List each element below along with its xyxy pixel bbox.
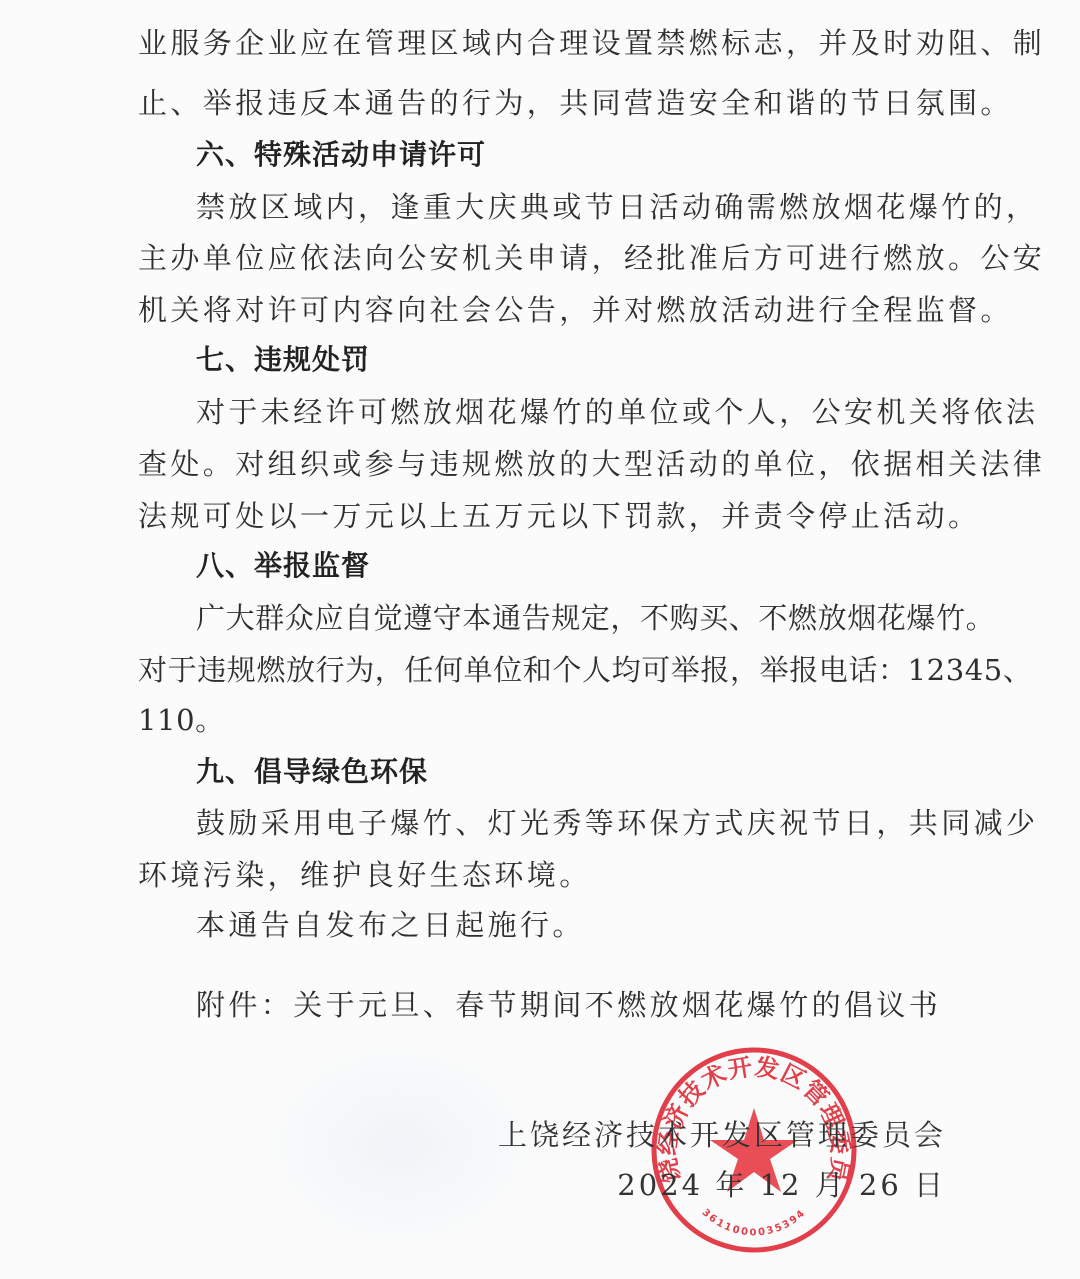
paragraph-line: 查处。对组织或参与违规燃放的大型活动的单位，依据相关法律 bbox=[138, 444, 948, 484]
section-heading-9: 九、倡导绿色环保 bbox=[196, 752, 428, 792]
paragraph-line: 业服务企业应在管理区域内合理设置禁燃标志，并及时劝阻、制 bbox=[138, 23, 948, 63]
paragraph-line: 110。 bbox=[138, 700, 948, 740]
section-heading-8: 八、举报监督 bbox=[196, 546, 370, 586]
paragraph-line: 禁放区域内，逢重大庆典或节日活动确需燃放烟花爆竹的， bbox=[196, 187, 948, 227]
section-heading-6: 六、特殊活动申请许可 bbox=[196, 135, 486, 175]
paragraph-line: 鼓励采用电子爆竹、灯光秀等环保方式庆祝节日，共同减少 bbox=[196, 803, 948, 843]
svg-text:3611000035394: 3611000035394 bbox=[700, 1207, 809, 1238]
paragraph-line: 对于未经许可燃放烟花爆竹的单位或个人，公安机关将依法 bbox=[196, 392, 948, 432]
paragraph-line: 广大群众应自觉遵守本通告规定，不购买、不燃放烟花爆竹。 bbox=[196, 598, 948, 638]
paragraph-line: 对于违规燃放行为，任何单位和个人均可举报，举报电话：12345、 bbox=[138, 650, 948, 690]
paragraph-line: 法规可处以一万元以上五万元以下罚款，并责令停止活动。 bbox=[138, 496, 948, 536]
issuer-name: 上饶经济技术开发区管理委员会 bbox=[498, 1115, 946, 1155]
issue-date: 2024 年 12 月 26 日 bbox=[617, 1165, 946, 1205]
paragraph-line: 止、举报违反本通告的行为，共同营造安全和谐的节日氛围。 bbox=[138, 83, 948, 123]
attachment-note: 附件：关于元旦、春节期间不燃放烟花爆竹的倡议书 bbox=[196, 985, 948, 1025]
paragraph-line: 环境污染，维护良好生态环境。 bbox=[138, 855, 948, 895]
paragraph-line: 机关将对许可内容向社会公告，并对燃放活动进行全程监督。 bbox=[138, 290, 948, 330]
effective-statement: 本通告自发布之日起施行。 bbox=[196, 905, 948, 945]
paragraph-line: 主办单位应依法向公安机关申请，经批准后方可进行燃放。公安 bbox=[138, 238, 948, 278]
section-heading-7: 七、违规处罚 bbox=[196, 340, 370, 380]
document-page: 业服务企业应在管理区域内合理设置禁燃标志，并及时劝阻、制 止、举报违反本通告的行… bbox=[0, 0, 1080, 1279]
